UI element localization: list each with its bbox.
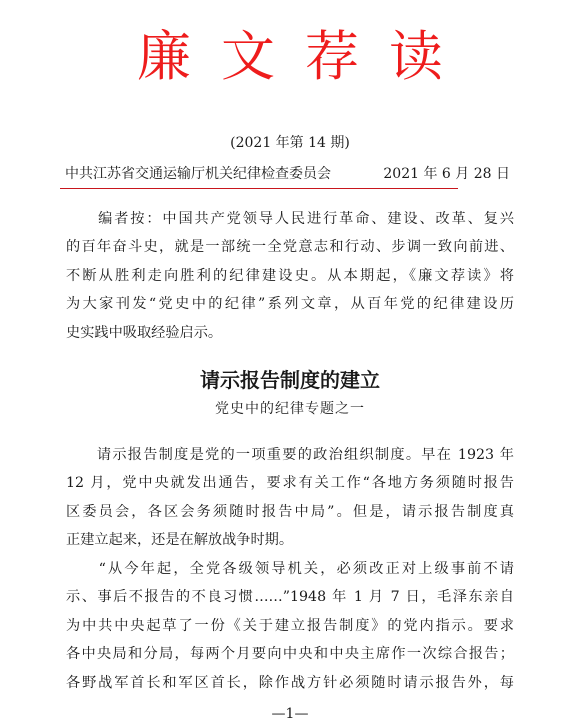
paragraph-line: 各中央局和分局，每两个月要向中央和中央主席作一次综合报告； — [66, 640, 514, 668]
paragraph-line: 示、事后不报告的不良习惯……”1948 年 1 月 7 日，毛泽东亲自 — [66, 583, 514, 611]
paragraph-line: 请示报告制度是党的一项重要的政治组织制度。早在 1923 年 — [66, 441, 514, 469]
editor-note-line: 的百年奋斗史，就是一部统一全党意志和行动、步调一致向前进、 — [66, 233, 514, 261]
paragraph-line: 区委员会，各区会务须随时报告中局”。但是，请示报告制度真 — [66, 498, 514, 526]
header-line: 中共江苏省交通运输厅机关纪律检查委员会 2021 年 6 月 28 日 — [65, 163, 510, 185]
paragraph-line: 各野战军首长和军区首长，除作战方针必须随时请示报告外，每 — [66, 669, 514, 697]
editor-note-line: 编者按：中国共产党领导人民进行革命、建设、改革、复兴 — [66, 205, 514, 233]
article-title: 请示报告制度的建立 — [0, 365, 580, 395]
masthead-title: 廉文荐读 — [0, 22, 580, 92]
paragraph-line: 为中共中央起草了一份《关于建立报告制度》的党内指示。要求 — [66, 612, 514, 640]
editor-note: 编者按：中国共产党领导人民进行革命、建设、改革、复兴 的百年奋斗史，就是一部统一… — [66, 205, 514, 347]
editor-note-line: 不断从胜利走向胜利的纪律建设史。从本期起，《廉文荐读》将 — [66, 262, 514, 290]
paragraph-line: 12 月，党中央就发出通告，要求有关工作“各地方务须随时报告 — [66, 469, 514, 497]
article-subtitle: 党史中的纪律专题之一 — [0, 398, 580, 420]
editor-note-line: 史实践中吸取经验启示。 — [66, 319, 514, 347]
publication-date: 2021 年 6 月 28 日 — [383, 163, 510, 185]
article-paragraph-1: 请示报告制度是党的一项重要的政治组织制度。早在 1923 年 12 月，党中央就… — [66, 441, 514, 555]
organization-name: 中共江苏省交通运输厅机关纪律检查委员会 — [65, 163, 331, 185]
red-divider — [60, 188, 458, 189]
issue-number: (2021 年第 14 期) — [0, 133, 580, 153]
editor-note-line: 为大家刊发“党史中的纪律”系列文章，从百年党的纪律建设历 — [66, 290, 514, 318]
paragraph-line: “从今年起，全党各级领导机关，必须改正对上级事前不请 — [66, 555, 514, 583]
article-paragraph-2: “从今年起，全党各级领导机关，必须改正对上级事前不请 示、事后不报告的不良习惯…… — [66, 555, 514, 697]
paragraph-line: 正建立起来，还是在解放战争时期。 — [66, 526, 514, 554]
page-number: —1— — [0, 705, 580, 723]
